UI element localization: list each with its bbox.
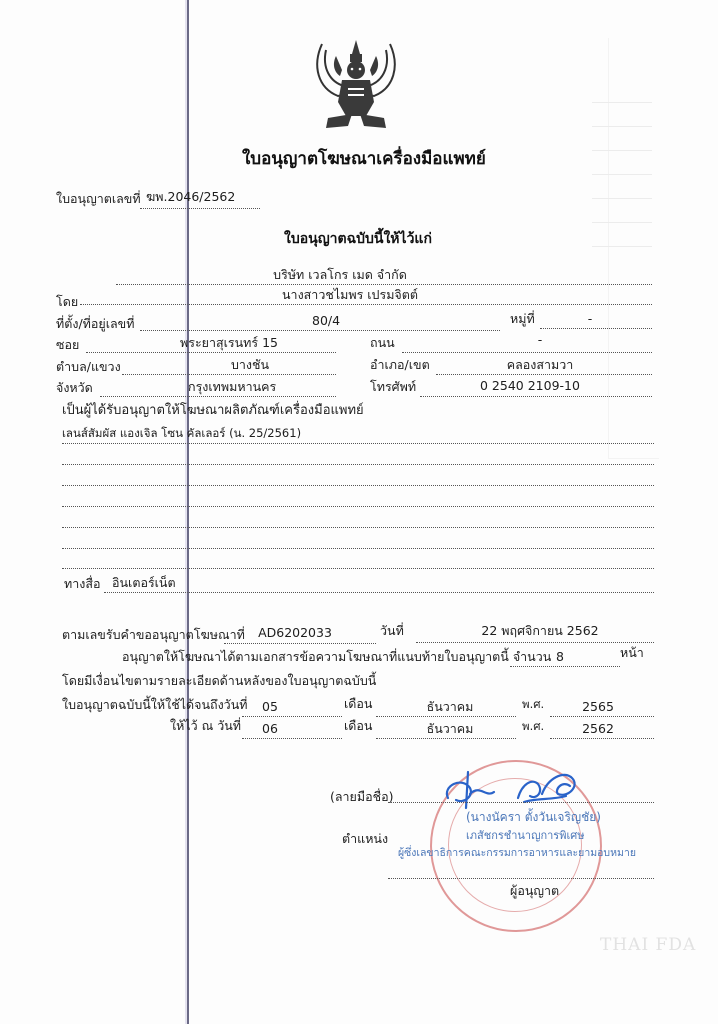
subdistrict-value: บางชัน [200, 358, 300, 372]
district-line [436, 374, 652, 375]
license-no-value: ฆพ.2046/2562 [146, 190, 235, 204]
media-value: อินเตอร์เน็ต [112, 576, 176, 590]
pages-sentence: อนุญาตให้โฆษณาได้ตามเอกสารข้อความโฆษณาที… [122, 650, 551, 664]
address-line [140, 330, 500, 331]
issued-day: 06 [250, 722, 290, 736]
issued-month-line [376, 738, 516, 739]
garuda-emblem-icon [308, 36, 404, 136]
valid-month-line [376, 716, 516, 717]
by-label: โดย [56, 295, 78, 309]
valid-year-label: พ.ศ. [522, 697, 544, 711]
issued-year: 2562 [568, 722, 628, 736]
product-line-7 [62, 568, 654, 569]
road-value: - [480, 333, 600, 347]
license-no-line [140, 208, 260, 209]
signature-label: (ลายมือชื่อ) [330, 790, 394, 804]
issued-label: ให้ไว้ ณ วันที่ [170, 719, 241, 733]
product-line-6 [62, 548, 654, 549]
district-value: คลองสามวา [480, 358, 600, 372]
product-line-3 [62, 485, 654, 486]
subdistrict-label: ตำบล/แขวง [56, 360, 121, 374]
signature-line [388, 802, 654, 803]
company-line [116, 284, 652, 285]
valid-month-label: เดือน [344, 697, 372, 711]
moo-label: หมู่ที่ [510, 312, 535, 326]
signer-name: (นางนัครา ตั้งวันเจริญชัย) [466, 808, 601, 827]
position-line-1: เภสัชกรชำนาญการพิเศษ [466, 826, 584, 844]
request-number: AD6202033 [240, 626, 350, 640]
pages-unit: หน้า [620, 646, 644, 660]
request-date-value: 22 พฤศจิกายน 2562 [450, 624, 630, 638]
valid-year-line [550, 716, 654, 717]
authorizer-label: ผู้อนุญาต [510, 884, 559, 898]
phone-label: โทรศัพท์ [370, 380, 416, 394]
conditions-text: โดยมีเงื่อนไขตามรายละเอียดด้านหลังของใบอ… [62, 674, 376, 688]
valid-day: 05 [250, 700, 290, 714]
issued-to-heading: ใบอนุญาตฉบับนี้ให้ไว้แก่ [284, 232, 432, 246]
issued-year-line [550, 738, 654, 739]
media-label: ทางสื่อ [64, 577, 101, 591]
scan-fold-line [185, 0, 189, 1024]
address-value: 80/4 [312, 314, 340, 328]
position-line [388, 878, 654, 879]
by-value: นางสาวชไมพร เปรมจิตต์ [240, 288, 460, 302]
province-value: กรุงเทพมหานคร [188, 380, 276, 394]
road-label: ถนน [370, 336, 395, 350]
issued-day-line [242, 738, 342, 739]
pages-value: 8 [540, 650, 580, 664]
soi-label: ซอย [56, 338, 79, 352]
issued-month: ธันวาคม [410, 722, 490, 736]
phone-value: 0 2540 2109-10 [480, 379, 580, 393]
issued-year-label: พ.ศ. [522, 719, 544, 733]
province-line [100, 396, 336, 397]
road-line [402, 352, 652, 353]
valid-day-line [242, 716, 342, 717]
position-label: ตำแหน่ง [342, 832, 388, 846]
company-name: บริษัท เวลโกร เมด จำกัด [240, 268, 440, 282]
province-label: จังหวัด [56, 381, 93, 395]
position-line-2: ผู้ซึ่งเลขาธิการคณะกรรมการอาหารและยามอบห… [398, 844, 636, 861]
product-line-1 [62, 443, 654, 444]
address-label: ที่ตั้ง/ที่อยู่เลขที่ [56, 317, 134, 331]
license-no-label: ใบอนุญาตเลขที่ [56, 192, 141, 206]
product-name: เลนส์สัมผัส แองเจิล โซน คัลเลอร์ (น. 25/… [62, 426, 301, 440]
product-line-2 [62, 464, 654, 465]
request-number-line [224, 643, 376, 644]
request-date-line [416, 642, 654, 643]
product-line-4 [62, 506, 654, 507]
district-label: อำเภอ/เขต [370, 358, 430, 372]
moo-value: - [560, 312, 620, 326]
subdistrict-line [122, 374, 336, 375]
request-date-label: วันที่ [380, 624, 404, 638]
bleed-through-ghost-text: THAI FDA [600, 935, 696, 955]
valid-until-label: ใบอนุญาตฉบับนี้ให้ใช้ได้จนถึงวันที่ [62, 698, 248, 712]
valid-month: ธันวาคม [410, 700, 490, 714]
soi-line [86, 352, 336, 353]
product-heading: เป็นผู้ได้รับอนุญาตให้โฆษณาผลิตภัณฑ์เครื… [62, 404, 364, 418]
license-document: ใบอนุญาตโฆษณาเครื่องมือแพทย์ ใบอนุญาตเลข… [0, 0, 718, 1024]
phone-line [420, 396, 652, 397]
media-line [104, 592, 654, 593]
by-line [80, 304, 652, 305]
request-label: ตามเลขรับคำขออนุญาตโฆษณาที่ [62, 628, 245, 642]
product-line-5 [62, 527, 654, 528]
valid-year: 2565 [568, 700, 628, 714]
pages-line [510, 666, 620, 667]
issued-month-label: เดือน [344, 719, 372, 733]
document-title: ใบอนุญาตโฆษณาเครื่องมือแพทย์ [242, 152, 486, 166]
moo-line [540, 328, 652, 329]
soi-value: พระยาสุเรนทร์ 15 [180, 336, 278, 350]
